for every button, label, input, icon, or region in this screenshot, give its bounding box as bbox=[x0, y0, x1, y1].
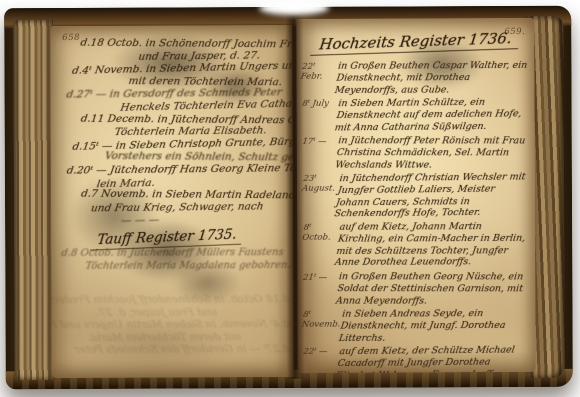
entry-text: in Sieben Martin Schültze, ein Dienstkne… bbox=[334, 97, 529, 134]
register-entry: 8ᵗ Novemb.in Sieben Andreas Seyde, ein D… bbox=[301, 308, 527, 344]
register-entry: 21ᵗ —in Großen Beuthen Georg Nüsche, ein… bbox=[301, 271, 527, 307]
left-page-faded-entries: d.8 Octob. in Jütchendorff Müllers Faust… bbox=[61, 247, 289, 273]
right-page-heading: Hochzeits Register 1736. bbox=[310, 29, 521, 56]
right-page-entries: 22ᵗ Febr.in Großen Beuthen Caspar Walthe… bbox=[300, 60, 527, 373]
book-gutter-shadow bbox=[285, 15, 305, 379]
book-cover: 658 d.18 Octob. in Schönendorff Joachim … bbox=[4, 6, 573, 389]
entry-text: in Großen Beuthen Georg Nüsche, ein Sold… bbox=[335, 271, 529, 307]
register-entry: 8ᵗ Octob.auf dem Kietz, Johann Martin Ki… bbox=[301, 221, 527, 269]
left-page: 658 d.18 Octob. in Schönendorff Joachim … bbox=[50, 25, 294, 378]
photo-of-open-register-book: 658 d.18 Octob. in Schönendorff Joachim … bbox=[0, 0, 580, 397]
register-entry: 23ᵗ August.in Jütchendorff Christian Wec… bbox=[301, 172, 527, 220]
left-page-bleedthrough: d.18 Octob. in Schönendorff Joachim Fred… bbox=[57, 293, 289, 357]
entry-text: auf dem Kietz, der Schültze Michael Caca… bbox=[335, 345, 530, 373]
entry-date: 8ᵗ July bbox=[298, 98, 339, 134]
handwriting-line: d.8 Octob. in Jütchendorff Müllers Faust… bbox=[60, 247, 290, 261]
entry-text: auf dem Kietz, Johann Martin Kirchling, … bbox=[334, 221, 530, 269]
handwriting-line: und Frau Jasper, d. 27. bbox=[57, 306, 291, 320]
register-entry: 22ᵗ —auf dem Kietz, der Schültze Michael… bbox=[302, 345, 528, 373]
entry-date: 22ᵗ — bbox=[299, 346, 340, 373]
entry-text: in Jütchendorff Christian Wechsler mit J… bbox=[333, 172, 530, 221]
register-entry: 8ᵗ Julyin Sieben Martin Schültze, ein Di… bbox=[301, 97, 527, 133]
register-entry: 22ᵗ Febr.in Großen Beuthen Caspar Walthe… bbox=[300, 60, 526, 96]
entry-date: 21ᵗ — bbox=[299, 271, 340, 307]
handwriting-line: d.27ᵗ — in Gersdorff des Schmieds Peter bbox=[57, 343, 291, 357]
entry-text: in Großen Beuthen Caspar Walther, ein Di… bbox=[334, 60, 529, 96]
entry-date: 17ᵗ — bbox=[298, 136, 339, 172]
right-page: 659. Hochzeits Register 1736. 22ᵗ Febr.i… bbox=[296, 18, 536, 373]
left-page-block-edge bbox=[13, 20, 55, 380]
entry-date: 22ᵗ Febr. bbox=[298, 61, 339, 97]
handwriting-line: Töchterlein Maria Magdalena gebohren. bbox=[60, 260, 290, 274]
entry-text: in Sieben Andreas Seyde, ein Dienstknech… bbox=[338, 308, 530, 344]
handwriting-line: d.4ᵗ Novemb. in Sieben Martin Ungers und… bbox=[57, 318, 291, 332]
register-entry: 17ᵗ —in Jütchendorff Peter Rönisch mit F… bbox=[301, 135, 527, 171]
entry-date: 8ᵗ Novemb. bbox=[299, 309, 342, 345]
handwriting-line: d.18 Octob. in Schönendorff Joachim Fred… bbox=[57, 293, 291, 307]
left-page-entries: d.18 Octob. in Schönendorff Joachim Fred… bbox=[64, 37, 289, 227]
entry-text: in Jütchendorff Peter Rönisch mit Frau C… bbox=[335, 135, 529, 171]
